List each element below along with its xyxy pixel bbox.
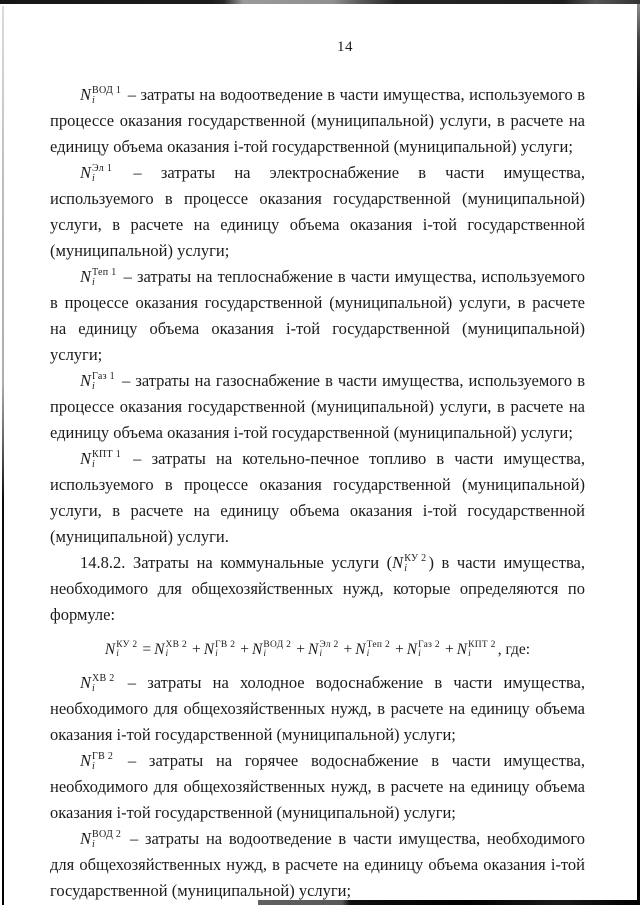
math-variable-term-vod2: NВОД 2i [252,641,293,658]
scan-edge-top [0,0,640,4]
definition-text: – затраты на котельно-печное топливо в ч… [50,449,585,546]
math-variable-term-hv2: NХВ 2i [154,641,189,658]
math-variable-vod1: NВОД 1i [80,85,123,104]
definition-paragraph-gaz1: NГаз 1i – затраты на газоснабжение в час… [50,368,585,446]
scan-edge-left [2,6,4,905]
definition-text: – затраты на водоотведение в части имуще… [50,85,585,156]
definition-paragraph-vod2: NВОД 2i – затраты на водоотведение в час… [50,826,585,904]
definition-text: – затраты на газоснабжение в части имуще… [50,371,585,442]
definition-paragraph-hv2: NХВ 2i – затраты на холодное водоснабжен… [50,670,585,748]
plus-sign: + [392,641,407,658]
plus-sign: + [341,641,356,658]
plus-sign: + [442,641,457,658]
math-variable-hv2: NХВ 2i [80,673,117,692]
definition-text: – затраты на холодное водоснабжение в ча… [50,673,585,744]
formula-ku2: NКУ 2i=NХВ 2i+NГВ 2i+NВОД 2i+NЭл 2i+NТеп… [50,635,585,665]
definition-paragraph-tep1: NТеп 1i – затраты на теплоснабжение в ча… [50,264,585,368]
plus-sign: + [189,641,204,658]
math-variable-formula-lhs: NКУ 2i [105,641,140,658]
formula-suffix: , где: [498,641,530,658]
math-variable-el1: NЭл 1i [80,163,114,182]
definition-paragraph-kpt1: NКПТ 1i – затраты на котельно-печное топ… [50,446,585,550]
math-variable-term-el2: NЭл 2i [308,641,341,658]
equals-sign: = [139,641,154,658]
plus-sign: + [237,641,252,658]
definition-paragraph-el1: NЭл 1i – затраты на электроснабжение в ч… [50,160,585,264]
definition-text: – затраты на электроснабжение в части им… [50,163,585,260]
math-variable-tep1: NТеп 1i [80,267,119,286]
math-variable-ku2-inline: NКУ 2i [392,553,428,572]
math-variable-gv2: NГВ 2i [80,751,115,770]
math-variable-term-gaz2: NГаз 2i [407,641,442,658]
math-variable-term-gv2: NГВ 2i [204,641,238,658]
definition-paragraph-gv2: NГВ 2i – затраты на горячее водоснабжени… [50,748,585,826]
definition-text: – затраты на горячее водоснабжение в час… [50,751,585,822]
definition-text: – затраты на теплоснабжение в части имущ… [50,267,585,364]
math-variable-term-kpt2: NКПТ 2i [457,641,498,658]
section-text-before: 14.8.2. Затраты на коммунальные услуги ( [80,553,392,572]
math-variable-gaz1: NГаз 1i [80,371,117,390]
definition-paragraph-vod1: NВОД 1i – затраты на водоотведение в час… [50,82,585,160]
math-variable-term-tep2: NТеп 2i [355,641,392,658]
document-body: NВОД 1i – затраты на водоотведение в час… [50,82,585,904]
plus-sign: + [293,641,308,658]
math-variable-vod2: NВОД 2i [80,829,123,848]
page-number: 14 [337,39,353,56]
definition-text: – затраты на водоотведение в части имуще… [50,829,585,900]
section-paragraph-14-8-2: 14.8.2. Затраты на коммунальные услуги (… [50,550,585,628]
math-variable-kpt1: NКПТ 1i [80,449,123,468]
document-page: 14 NВОД 1i – затраты на водоотведение в … [0,0,640,905]
